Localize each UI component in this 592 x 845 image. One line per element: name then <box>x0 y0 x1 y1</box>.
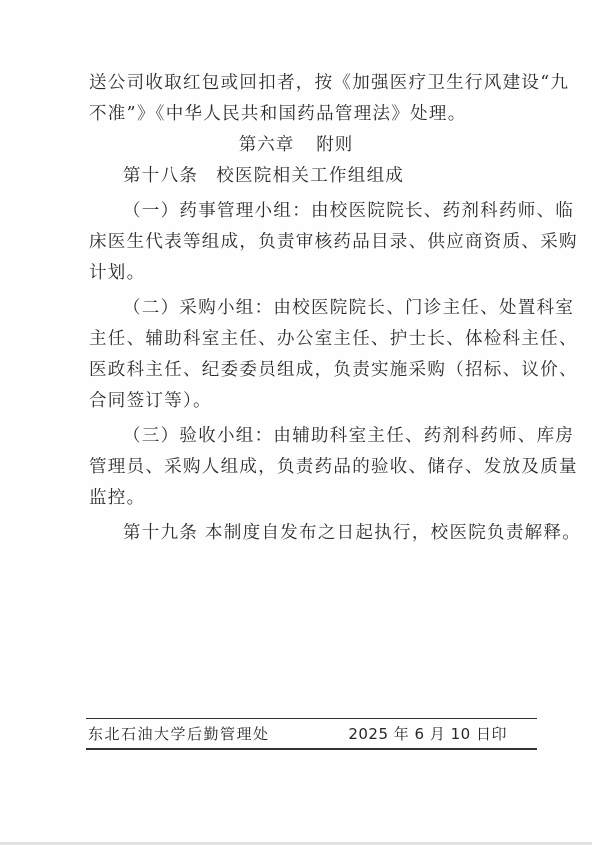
chapter-title: 附则 <box>316 135 353 155</box>
footer-print-date: 2025 年 6 月 10 日印 <box>348 723 507 744</box>
group-1-line-2: 床医生代表等组成，负责审核药品目录、供应商资质、采购 <box>89 227 503 258</box>
group-2-paragraph: （二）采购小组：由校医院院长、门诊主任、处置科室 主任、辅助科室主任、办公室主任… <box>89 293 503 417</box>
group-2-line-3: 医政科主任、纪委委员组成，负责实施采购（招标、议价、 <box>89 355 503 386</box>
footer-top-rule <box>86 718 537 719</box>
footer-bottom-rule <box>86 748 537 750</box>
footer-row: 东北石油大学后勤管理处 2025 年 6 月 10 日印 <box>86 722 537 744</box>
group-2-line-1: （二）采购小组：由校医院院长、门诊主任、处置科室 <box>89 293 503 324</box>
group-2-line-2: 主任、辅助科室主任、办公室主任、护士长、体检科主任、 <box>89 324 503 355</box>
group-1-line-1: （一）药事管理小组：由校医院院长、药剂科药师、临 <box>89 196 503 227</box>
article-18-title: 校医院相关工作组组成 <box>216 166 404 186</box>
group-3-line-3: 监控。 <box>89 483 503 514</box>
group-1-line-3: 计划。 <box>89 258 503 289</box>
continuation-line-1: 送公司收取红包或回扣者，按《加强医疗卫生行风建设“九 <box>89 68 503 99</box>
group-2-line-4: 合同签订等）。 <box>89 386 503 417</box>
continuation-line-2: 不准”》《中华人民共和国药品管理法》处理。 <box>89 99 503 130</box>
chapter-number: 第六章 <box>239 135 295 155</box>
document-page: 送公司收取红包或回扣者，按《加强医疗卫生行风建设“九 不准”》《中华人民共和国药… <box>0 0 592 840</box>
footer-issuer: 东北石油大学后勤管理处 <box>88 723 270 744</box>
article-18-number: 第十八条 <box>123 166 198 186</box>
chapter-heading: 第六章附则 <box>89 130 503 161</box>
group-3-line-2: 管理员、采购人组成，负责药品的验收、储存、发放及质量 <box>89 452 503 483</box>
document-body: 送公司收取红包或回扣者，按《加强医疗卫生行风建设“九 不准”》《中华人民共和国药… <box>89 68 503 549</box>
article-18-heading: 第十八条校医院相关工作组组成 <box>89 161 503 192</box>
group-1-paragraph: （一）药事管理小组：由校医院院长、药剂科药师、临 床医生代表等组成，负责审核药品… <box>89 196 503 289</box>
group-3-paragraph: （三）验收小组：由辅助科室主任、药剂科药师、库房 管理员、采购人组成，负责药品的… <box>89 421 503 514</box>
group-3-line-1: （三）验收小组：由辅助科室主任、药剂科药师、库房 <box>89 421 503 452</box>
issuance-footer: 东北石油大学后勤管理处 2025 年 6 月 10 日印 <box>86 718 537 750</box>
article-19-paragraph: 第十九条 本制度自发布之日起执行，校医院负责解释。 <box>89 518 503 549</box>
